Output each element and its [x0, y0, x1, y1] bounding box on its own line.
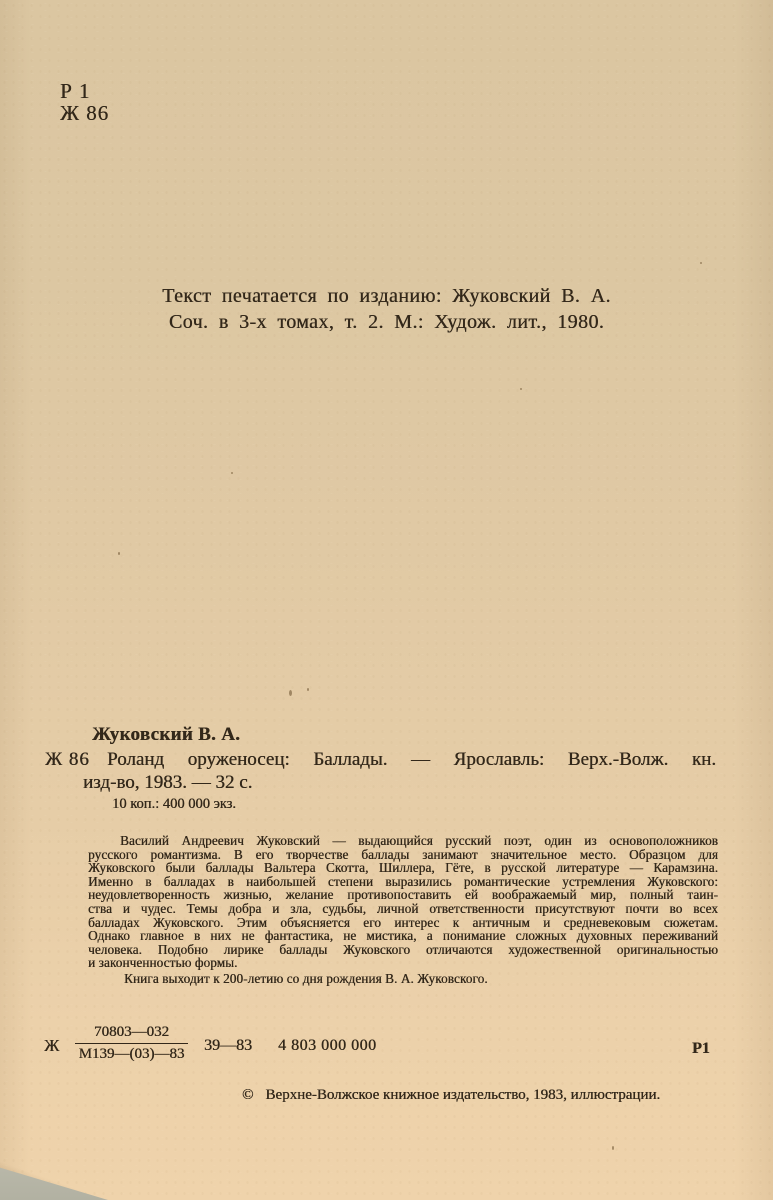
imprint-series-code: Р1 — [692, 1040, 710, 1058]
annotation-line: Жуковского были баллады Вальтера Скотта,… — [88, 861, 718, 875]
catalog-title-line2: изд-во, 1983. — 32 с. — [83, 772, 252, 794]
paper-speck — [289, 690, 292, 696]
edition-note-line2: Соч. в 3-х томах, т. 2. М.: Худож. лит.,… — [0, 309, 773, 335]
catalog-title-line1: Роланд оруженосец: Баллады. — Ярославль:… — [107, 749, 716, 771]
annotation-closing-line: Книга выходит к 200-летию со дня рождени… — [88, 972, 718, 986]
copyright-symbol: © — [242, 1087, 253, 1103]
catalog-author-heading: Жуковский В. А. — [92, 724, 240, 746]
library-code-line2: Ж 86 — [60, 102, 109, 124]
imprint-catalog-number: 4 803 000 000 — [278, 1037, 377, 1055]
copyright-line: ©Верхне-Волжское книжное издательство, 1… — [242, 1087, 660, 1104]
paper-speck — [612, 1146, 614, 1150]
price-and-print-run: 10 коп.: 400 000 экз. — [112, 796, 236, 813]
imprint-fraction-numerator: 70803—032 — [75, 1024, 188, 1044]
imprint-letter: Ж — [44, 1036, 59, 1056]
paper-speck — [118, 552, 120, 555]
paper-speck — [700, 262, 702, 264]
edition-note-line1: Текст печатается по изданию: Жуковский В… — [0, 283, 773, 309]
edition-note: Текст печатается по изданию: Жуковский В… — [0, 283, 773, 335]
paper-speck — [520, 388, 522, 390]
imprint-fraction-denominator: М139—(03)—83 — [75, 1044, 188, 1063]
annotation-line: Однако главное в них не фантастика, не м… — [88, 929, 718, 943]
annotation-line: балладах Жуковского. Этим объясняется ег… — [88, 916, 718, 930]
annotation-line: неудовлетворенность жизнью, желание прот… — [88, 888, 718, 902]
paper-speck — [307, 688, 309, 691]
imprint-fraction: 70803—032 М139—(03)—83 — [75, 1024, 188, 1063]
book-imprint-page: Р 1 Ж 86 Текст печатается по изданию: Жу… — [0, 0, 773, 1200]
scan-background-corner — [0, 1164, 108, 1200]
copyright-text: Верхне-Волжское книжное издательство, 19… — [265, 1087, 660, 1103]
annotation-paragraph: Василий Андреевич Жуковский — выдающийся… — [88, 834, 718, 986]
paper-speck — [231, 472, 233, 474]
imprint-order-code: 39—83 — [204, 1037, 252, 1055]
annotation-line: ства и чудес. Темы добра и зла, судьбы, … — [88, 902, 718, 916]
library-code-line1: Р 1 — [60, 80, 109, 102]
annotation-line: и законченностью формы. — [88, 956, 718, 970]
library-classification-code: Р 1 Ж 86 — [60, 80, 109, 124]
annotation-line: Василий Андреевич Жуковский — выдающийся… — [88, 834, 718, 848]
annotation-line: русского романтизма. В его творчестве ба… — [88, 848, 718, 862]
annotation-line: человека. Подобно лирике баллады Жуковск… — [88, 943, 718, 957]
annotation-line: Именно в балладах в наибольшей степени в… — [88, 875, 718, 889]
catalog-card-code: Ж 86 — [45, 749, 90, 771]
